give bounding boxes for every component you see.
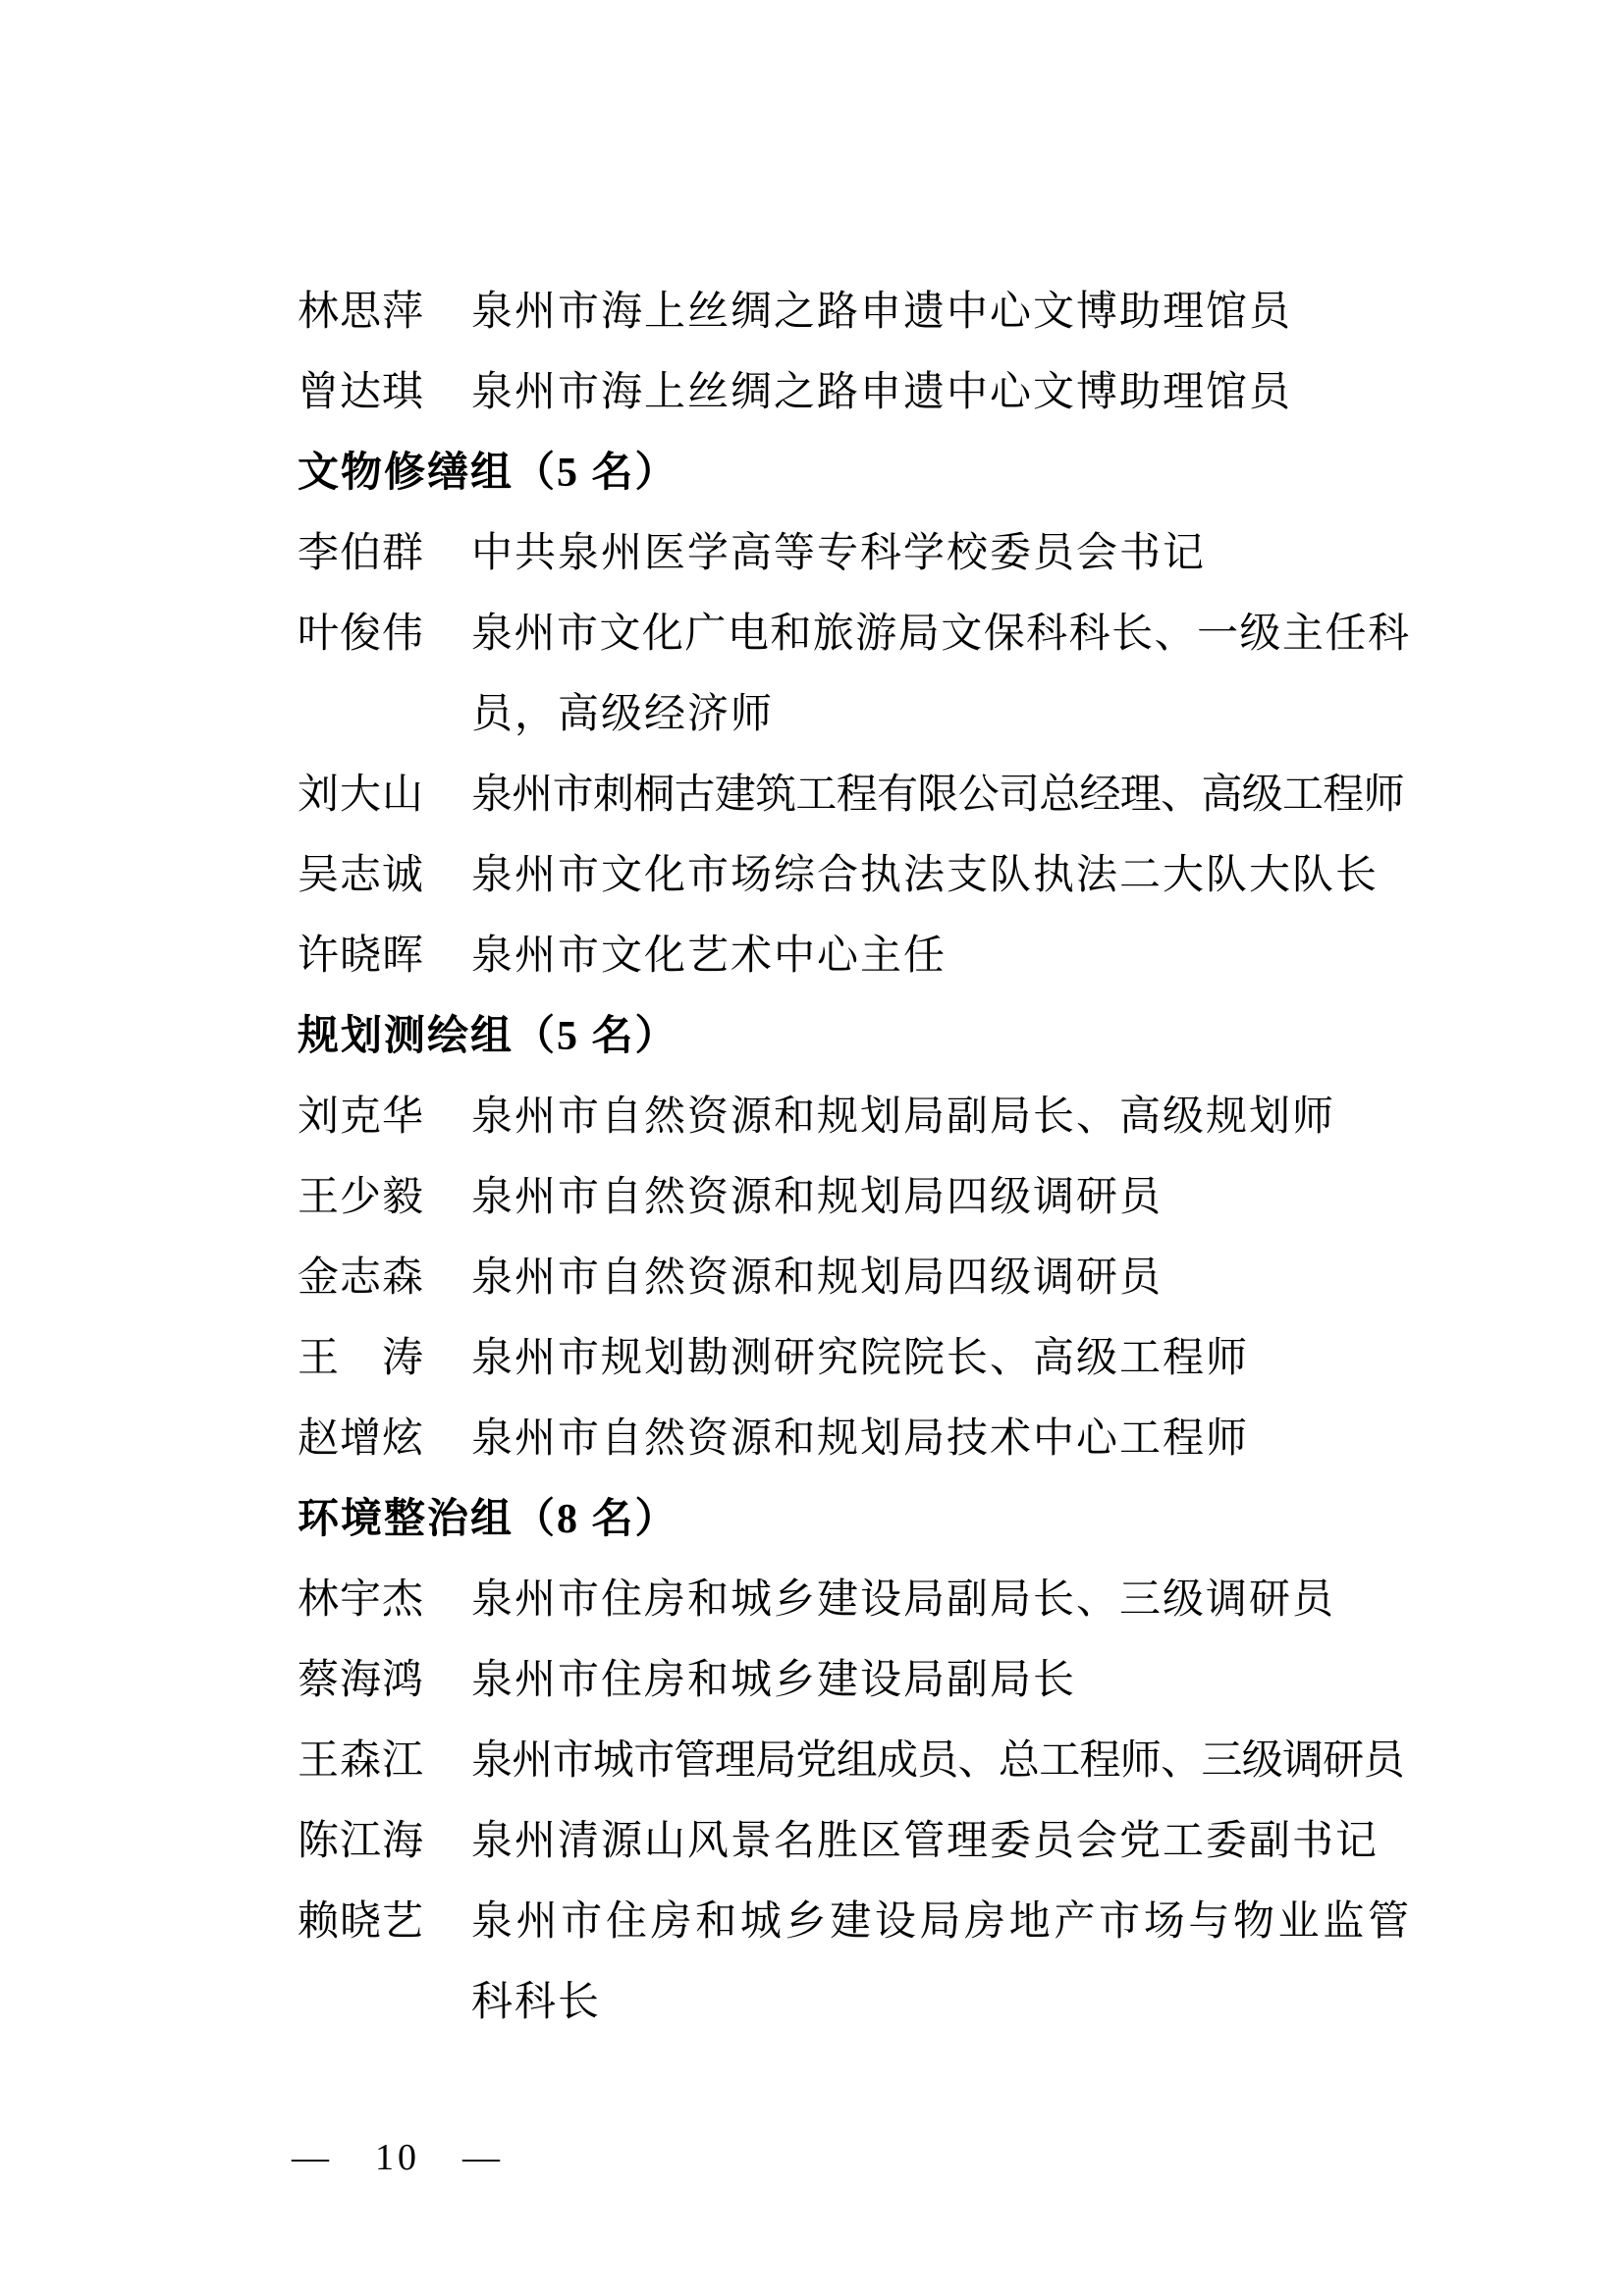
list-entry-row: 刘克华泉州市自然资源和规划局副局长、高级规划师	[0, 1077, 1624, 1157]
person-name: 刘大山	[298, 755, 424, 835]
list-entry-row: 叶俊伟泉州市文化广电和旅游局文保科科长、一级主任科	[0, 594, 1624, 674]
person-name: 赵增炫	[298, 1399, 424, 1479]
person-title: 泉州市城市管理局党组成员、总工程师、三级调研员	[471, 1721, 1404, 1801]
person-title: 泉州市自然资源和规划局四级调研员	[471, 1238, 1163, 1318]
list-entry-row: 金志森泉州市自然资源和规划局四级调研员	[0, 1238, 1624, 1318]
document-page: 林思萍泉州市海上丝绸之路申遗中心文博助理馆员曾达琪泉州市海上丝绸之路申遗中心文博…	[0, 0, 1624, 2296]
list-entry-row: 王少毅泉州市自然资源和规划局四级调研员	[0, 1157, 1624, 1238]
list-entry-row: 林思萍泉州市海上丝绸之路申遗中心文博助理馆员	[0, 272, 1624, 352]
person-title: 泉州市文化广电和旅游局文保科科长、一级主任科	[471, 594, 1409, 674]
person-title: 泉州市住房和城乡建设局房地产市场与物业监管	[471, 1882, 1409, 1962]
person-name: 林思萍	[298, 272, 424, 352]
person-title: 泉州市海上丝绸之路申遗中心文博助理馆员	[471, 272, 1292, 352]
person-title: 泉州市刺桐古建筑工程有限公司总经理、高级工程师	[471, 755, 1404, 835]
person-title: 泉州清源山风景名胜区管理委员会党工委副书记	[471, 1801, 1379, 1882]
list-entry-row: 许晓晖泉州市文化艺术中心主任	[0, 916, 1624, 996]
group-heading-row: 规划测绘组（5 名）	[0, 996, 1624, 1077]
person-title: 泉州市文化艺术中心主任	[471, 916, 947, 996]
list-entry-row: 吴志诚泉州市文化市场综合执法支队执法二大队大队长	[0, 835, 1624, 916]
honor-roll-list: 林思萍泉州市海上丝绸之路申遗中心文博助理馆员曾达琪泉州市海上丝绸之路申遗中心文博…	[0, 272, 1624, 2043]
person-title: 泉州市文化市场综合执法支队执法二大队大队长	[471, 835, 1379, 916]
person-title: 泉州市规划勘测研究院院长、高级工程师	[471, 1318, 1249, 1399]
person-title-continuation: 员，高级经济师	[471, 674, 774, 755]
person-name: 王少毅	[298, 1157, 424, 1238]
person-title: 泉州市海上丝绸之路申遗中心文博助理馆员	[471, 352, 1292, 433]
person-name: 王 涛	[298, 1318, 424, 1399]
person-name: 吴志诚	[298, 835, 424, 916]
person-name: 王森江	[298, 1721, 424, 1801]
person-title: 泉州市住房和城乡建设局副局长	[471, 1640, 1076, 1721]
page-number: — 10 —	[292, 2137, 504, 2178]
person-name: 刘克华	[298, 1077, 424, 1157]
entry-continuation-row: 员，高级经济师	[0, 674, 1624, 755]
person-title: 泉州市自然资源和规划局技术中心工程师	[471, 1399, 1249, 1479]
person-title-continuation: 科科长	[471, 1962, 601, 2043]
group-heading-label: 环境整治组（8 名）	[298, 1479, 678, 1560]
list-entry-row: 赖晓艺泉州市住房和城乡建设局房地产市场与物业监管	[0, 1882, 1624, 1962]
group-heading-row: 环境整治组（8 名）	[0, 1479, 1624, 1560]
person-title: 泉州市自然资源和规划局副局长、高级规划师	[471, 1077, 1335, 1157]
person-name: 赖晓艺	[298, 1882, 424, 1962]
person-title: 中共泉州医学高等专科学校委员会书记	[471, 513, 1206, 594]
person-title: 泉州市自然资源和规划局四级调研员	[471, 1157, 1163, 1238]
page-footer: — 10 —	[207, 2069, 504, 2128]
list-entry-row: 林宇杰泉州市住房和城乡建设局副局长、三级调研员	[0, 1560, 1624, 1640]
person-name: 蔡海鸿	[298, 1640, 424, 1721]
list-entry-row: 赵增炫泉州市自然资源和规划局技术中心工程师	[0, 1399, 1624, 1479]
group-heading-label: 规划测绘组（5 名）	[298, 996, 678, 1077]
list-entry-row: 刘大山泉州市刺桐古建筑工程有限公司总经理、高级工程师	[0, 755, 1624, 835]
person-name: 李伯群	[298, 513, 424, 594]
list-entry-row: 曾达琪泉州市海上丝绸之路申遗中心文博助理馆员	[0, 352, 1624, 433]
person-title: 泉州市住房和城乡建设局副局长、三级调研员	[471, 1560, 1335, 1640]
person-name: 金志森	[298, 1238, 424, 1318]
group-heading-label: 文物修缮组（5 名）	[298, 433, 678, 513]
person-name: 叶俊伟	[298, 594, 424, 674]
list-entry-row: 蔡海鸿泉州市住房和城乡建设局副局长	[0, 1640, 1624, 1721]
entry-continuation-row: 科科长	[0, 1962, 1624, 2043]
list-entry-row: 李伯群中共泉州医学高等专科学校委员会书记	[0, 513, 1624, 594]
group-heading-row: 文物修缮组（5 名）	[0, 433, 1624, 513]
person-name: 曾达琪	[298, 352, 424, 433]
person-name: 陈江海	[298, 1801, 424, 1882]
list-entry-row: 陈江海泉州清源山风景名胜区管理委员会党工委副书记	[0, 1801, 1624, 1882]
person-name: 许晓晖	[298, 916, 424, 996]
list-entry-row: 王 涛泉州市规划勘测研究院院长、高级工程师	[0, 1318, 1624, 1399]
list-entry-row: 王森江泉州市城市管理局党组成员、总工程师、三级调研员	[0, 1721, 1624, 1801]
person-name: 林宇杰	[298, 1560, 424, 1640]
